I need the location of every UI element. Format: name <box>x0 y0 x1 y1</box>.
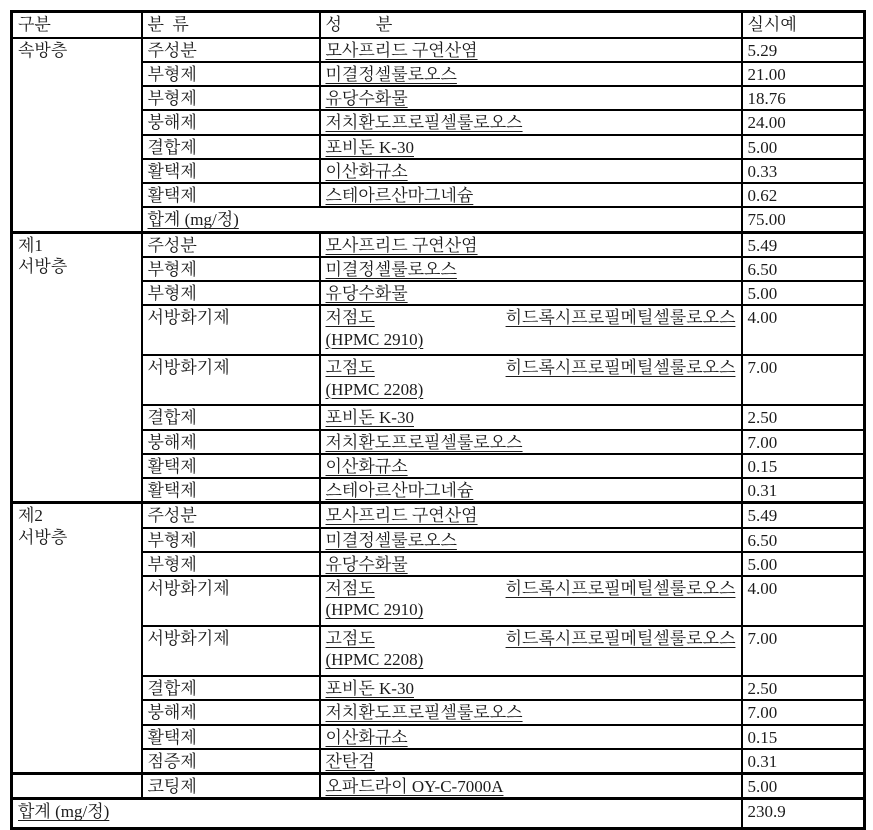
ingredient-cell: 저점도히드록시프로필메틸셀룰로오스(HPMC 2910) <box>320 305 742 355</box>
table-header: 구분 분 류 성 분 실시예 <box>12 12 865 38</box>
ingredient-line1: 고점도히드록시프로필메틸셀룰로오스 <box>326 357 736 378</box>
table-row: 제1 서방층주성분모사프리드 구연산염5.49 <box>12 232 865 257</box>
value-cell: 2.50 <box>742 676 865 700</box>
value-cell: 5.29 <box>742 38 865 62</box>
ingredient-name: 저치환도프로필셀룰로오스 <box>326 703 523 722</box>
category-cell: 서방화기제 <box>142 626 320 676</box>
category-cell: 부형제 <box>142 528 320 552</box>
value-cell: 4.00 <box>742 305 865 355</box>
group-cell: 제1 서방층 <box>12 232 142 503</box>
value-cell: 21.00 <box>742 62 865 86</box>
ingredient-cell: 포비돈 K-30 <box>320 405 742 429</box>
ingredient-name: 미결정셀룰로오스 <box>326 531 457 550</box>
grand-total-label-cell: 합계 (mg/정) <box>12 799 742 829</box>
subtotal-label: 합계 (mg/정) <box>148 210 239 229</box>
category-cell: 부형제 <box>142 62 320 86</box>
ingredient-cell: 이산화규소 <box>320 725 742 749</box>
ingredient-grade: (HPMC 2208) <box>326 380 424 399</box>
ingredient-name: 이산화규소 <box>326 162 408 181</box>
ingredient-cell: 오파드라이 OY-C-7000A <box>320 774 742 799</box>
category-cell: 서방화기제 <box>142 355 320 405</box>
grand-total-row: 합계 (mg/정) 230.9 <box>12 799 865 829</box>
ingredient-name: 유당수화물 <box>326 89 408 108</box>
ingredient-name: 스테아르산마그네슘 <box>326 481 474 500</box>
grand-total-value-cell: 230.9 <box>742 799 865 829</box>
ingredient-name: 포비돈 K-30 <box>326 408 414 427</box>
composition-table: 구분 분 류 성 분 실시예 속방층주성분모사프리드 구연산염5.29부형제미결… <box>10 10 866 830</box>
ingredient-name-right: 히드록시프로필메틸셀룰로오스 <box>506 628 736 649</box>
ingredient-name: 포비돈 K-30 <box>326 138 414 157</box>
ingredient-name: 포비돈 K-30 <box>326 679 414 698</box>
ingredient-name: 미결정셀룰로오스 <box>326 260 457 279</box>
ingredient-name: 오파드라이 OY-C-7000A <box>326 777 504 796</box>
group-cell <box>12 774 142 799</box>
header-bunryu: 분 류 <box>142 12 320 38</box>
ingredient-cell: 고점도히드록시프로필메틸셀룰로오스(HPMC 2208) <box>320 626 742 676</box>
ingredient-cell: 저치환도프로필셀룰로오스 <box>320 430 742 454</box>
value-cell: 7.00 <box>742 700 865 724</box>
table-row: 속방층주성분모사프리드 구연산염5.29 <box>12 38 865 62</box>
header-row: 구분 분 류 성 분 실시예 <box>12 12 865 38</box>
ingredient-name: 유당수화물 <box>326 284 408 303</box>
ingredient-cell: 저치환도프로필셀룰로오스 <box>320 110 742 134</box>
value-cell: 6.50 <box>742 528 865 552</box>
value-cell: 0.31 <box>742 749 865 774</box>
ingredient-cell: 저치환도프로필셀룰로오스 <box>320 700 742 724</box>
category-cell: 부형제 <box>142 281 320 305</box>
ingredient-line2: (HPMC 2910) <box>326 329 736 350</box>
ingredient-name: 모사프리드 구연산염 <box>326 41 478 60</box>
ingredient-line1: 고점도히드록시프로필메틸셀룰로오스 <box>326 628 736 649</box>
ingredient-name: 저점도 <box>326 578 375 599</box>
category-cell: 주성분 <box>142 503 320 528</box>
value-cell: 18.76 <box>742 86 865 110</box>
ingredient-cell: 미결정셀룰로오스 <box>320 257 742 281</box>
table-body: 속방층주성분모사프리드 구연산염5.29부형제미결정셀룰로오스21.00부형제유… <box>12 38 865 799</box>
ingredient-cell: 스테아르산마그네슘 <box>320 478 742 503</box>
category-cell: 활택제 <box>142 725 320 749</box>
ingredient-cell: 저점도히드록시프로필메틸셀룰로오스(HPMC 2910) <box>320 576 742 626</box>
ingredient-cell: 미결정셀룰로오스 <box>320 62 742 86</box>
value-cell: 4.00 <box>742 576 865 626</box>
category-cell: 코팅제 <box>142 774 320 799</box>
category-cell: 부형제 <box>142 86 320 110</box>
category-cell: 붕해제 <box>142 110 320 134</box>
category-cell: 활택제 <box>142 183 320 207</box>
category-cell: 붕해제 <box>142 700 320 724</box>
value-cell: 5.00 <box>742 135 865 159</box>
ingredient-name: 스테아르산마그네슘 <box>326 186 474 205</box>
header-seongbun: 성 분 <box>320 12 742 38</box>
value-cell: 75.00 <box>742 207 865 232</box>
ingredient-name: 고점도 <box>326 628 375 649</box>
ingredient-cell: 이산화규소 <box>320 454 742 478</box>
value-cell: 5.00 <box>742 281 865 305</box>
category-cell: 서방화기제 <box>142 305 320 355</box>
category-cell: 부형제 <box>142 257 320 281</box>
ingredient-cell: 유당수화물 <box>320 281 742 305</box>
subtotal-label-cell: 합계 (mg/정) <box>142 207 742 232</box>
value-cell: 5.00 <box>742 774 865 799</box>
category-cell: 결합제 <box>142 405 320 429</box>
ingredient-name: 유당수화물 <box>326 555 408 574</box>
ingredient-cell: 모사프리드 구연산염 <box>320 38 742 62</box>
grand-total-label: 합계 (mg/정) <box>18 802 109 821</box>
value-cell: 0.31 <box>742 478 865 503</box>
header-gubun: 구분 <box>12 12 142 38</box>
ingredient-name: 저치환도프로필셀룰로오스 <box>326 113 523 132</box>
value-cell: 5.49 <box>742 503 865 528</box>
ingredient-line1: 저점도히드록시프로필메틸셀룰로오스 <box>326 307 736 328</box>
ingredient-line2: (HPMC 2208) <box>326 649 736 670</box>
ingredient-name: 고점도 <box>326 357 375 378</box>
ingredient-name: 미결정셀룰로오스 <box>326 65 457 84</box>
header-silsiye: 실시예 <box>742 12 865 38</box>
ingredient-cell: 포비돈 K-30 <box>320 135 742 159</box>
ingredient-cell: 이산화규소 <box>320 159 742 183</box>
ingredient-line2: (HPMC 2208) <box>326 379 736 400</box>
ingredient-cell: 스테아르산마그네슘 <box>320 183 742 207</box>
ingredient-name: 이산화규소 <box>326 728 408 747</box>
value-cell: 24.00 <box>742 110 865 134</box>
ingredient-cell: 고점도히드록시프로필메틸셀룰로오스(HPMC 2208) <box>320 355 742 405</box>
category-cell: 붕해제 <box>142 430 320 454</box>
value-cell: 0.15 <box>742 454 865 478</box>
category-cell: 활택제 <box>142 454 320 478</box>
category-cell: 결합제 <box>142 135 320 159</box>
composition-table-wrap: 구분 분 류 성 분 실시예 속방층주성분모사프리드 구연산염5.29부형제미결… <box>10 10 866 830</box>
ingredient-cell: 잔탄검 <box>320 749 742 774</box>
value-cell: 2.50 <box>742 405 865 429</box>
value-cell: 6.50 <box>742 257 865 281</box>
ingredient-name-right: 히드록시프로필메틸셀룰로오스 <box>506 578 736 599</box>
ingredient-name: 이산화규소 <box>326 457 408 476</box>
category-cell: 주성분 <box>142 232 320 257</box>
table-footer: 합계 (mg/정) 230.9 <box>12 799 865 829</box>
value-cell: 7.00 <box>742 430 865 454</box>
value-cell: 0.62 <box>742 183 865 207</box>
ingredient-cell: 유당수화물 <box>320 552 742 576</box>
group-cell: 제2 서방층 <box>12 503 142 774</box>
ingredient-grade: (HPMC 2910) <box>326 600 424 619</box>
ingredient-cell: 모사프리드 구연산염 <box>320 232 742 257</box>
category-cell: 활택제 <box>142 478 320 503</box>
table-row: 제2 서방층주성분모사프리드 구연산염5.49 <box>12 503 865 528</box>
ingredient-cell: 포비돈 K-30 <box>320 676 742 700</box>
ingredient-name: 모사프리드 구연산염 <box>326 506 478 525</box>
ingredient-grade: (HPMC 2910) <box>326 330 424 349</box>
ingredient-line2: (HPMC 2910) <box>326 599 736 620</box>
ingredient-name: 모사프리드 구연산염 <box>326 236 478 255</box>
category-cell: 활택제 <box>142 159 320 183</box>
group-cell: 속방층 <box>12 38 142 233</box>
value-cell: 5.49 <box>742 232 865 257</box>
category-cell: 주성분 <box>142 38 320 62</box>
ingredient-cell: 모사프리드 구연산염 <box>320 503 742 528</box>
category-cell: 부형제 <box>142 552 320 576</box>
ingredient-cell: 유당수화물 <box>320 86 742 110</box>
value-cell: 0.33 <box>742 159 865 183</box>
ingredient-grade: (HPMC 2208) <box>326 650 424 669</box>
value-cell: 7.00 <box>742 355 865 405</box>
ingredient-line1: 저점도히드록시프로필메틸셀룰로오스 <box>326 578 736 599</box>
ingredient-cell: 미결정셀룰로오스 <box>320 528 742 552</box>
ingredient-name: 저점도 <box>326 307 375 328</box>
ingredient-name: 저치환도프로필셀룰로오스 <box>326 433 523 452</box>
category-cell: 결합제 <box>142 676 320 700</box>
ingredient-name-right: 히드록시프로필메틸셀룰로오스 <box>506 357 736 378</box>
value-cell: 0.15 <box>742 725 865 749</box>
value-cell: 5.00 <box>742 552 865 576</box>
category-cell: 서방화기제 <box>142 576 320 626</box>
table-row: 코팅제오파드라이 OY-C-7000A5.00 <box>12 774 865 799</box>
category-cell: 점증제 <box>142 749 320 774</box>
ingredient-name-right: 히드록시프로필메틸셀룰로오스 <box>506 307 736 328</box>
ingredient-name: 잔탄검 <box>326 752 375 771</box>
value-cell: 7.00 <box>742 626 865 676</box>
